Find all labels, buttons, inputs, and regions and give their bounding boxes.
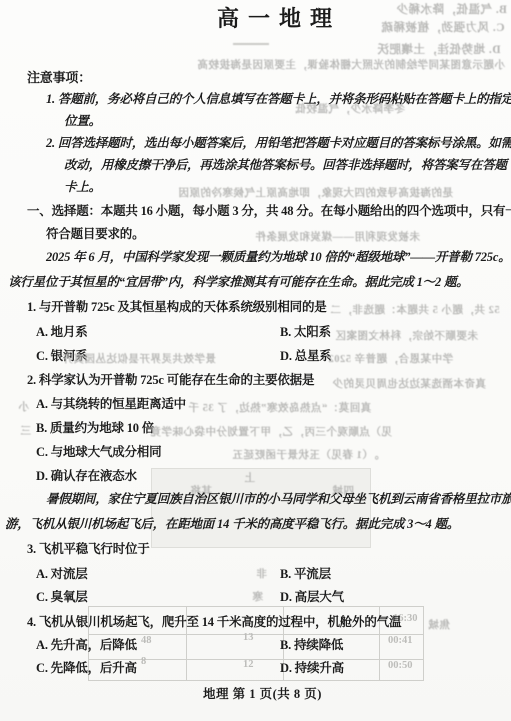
question-4-option-d: D. 持续升高 [280, 661, 344, 676]
passage-1-line-1: 2025 年 6 月，中国科学家发现一颗质量约为地球 10 倍的“超级地球”——… [46, 250, 511, 265]
showthrough-text: 小题示意图某同学绘制的光照大棚体验课，主要原因是海拔较高 [85, 57, 505, 72]
showthrough-mark: 三 [20, 423, 31, 438]
notice-item-2-line-1: 2. 回答选择题时，选出每小题答案后，用铅笔把答题卡对应题目的答案标号涂黑。如需 [46, 136, 511, 151]
passage-1-line-2: 该行星位于其恒星的“宜居带”内，科学家推测其有可能存在生命。据此完成 1～2 题… [8, 275, 469, 290]
showthrough-text: 。（1 春见）玉状景于函贬延五 [232, 447, 379, 462]
showthrough-text: C. 风力强劲，植被稀疏 [381, 19, 505, 35]
showthrough-text: 未被发现利用——煤炭和发展条件 [255, 229, 420, 244]
question-1-option-b: B. 太阳系 [280, 325, 331, 340]
passage-2-line-1: 暑假期间，家住宁夏回族自治区银川市的小马同学和父母坐飞机到云南省香格里拉市旅 [46, 492, 511, 507]
exam-paper-page: B. 气温低，降水稀少 C. 风力强劲，植被稀疏 D. 地势低洼，土壤肥沃 高一… [0, 0, 511, 721]
passage-2-line-2: 游，飞机从银川机场起飞后，在距地面 14 千米的高度平稳飞行。据此完成 3～4 … [5, 517, 459, 532]
showthrough-text: D. 地势低洼，土壤肥沃 [377, 41, 501, 57]
question-1-stem: 1. 与开普勒 725c 及其恒星构成的天体系统级别相同的是 [27, 300, 327, 315]
showthrough-mark: 非 [256, 566, 267, 581]
question-2-stem: 2. 科学家认为开普勒 725c 可能存在生命的主要依据是 [27, 373, 314, 388]
question-4-option-a: A. 先升高，后降低 [36, 638, 137, 653]
question-1-option-a: A. 地月系 [36, 325, 88, 340]
notice-item-1-line-2: 位置。 [64, 114, 101, 129]
showthrough-text: 焦城 [428, 617, 450, 632]
question-4-option-b: B. 持续降低 [280, 638, 343, 653]
notice-heading: 注意事项： [27, 70, 91, 86]
showthrough-table-value: 48 [141, 635, 152, 646]
notice-item-1-line-1: 1. 答题前，务必将自己的个人信息填写在答题卡上，并将条形码粘贴在答题卡上的指定 [46, 92, 511, 107]
showthrough-text: 学中某恩合，题普辛 5202 [328, 351, 453, 366]
section-header-line-2: 符合题目要求的。 [46, 227, 144, 242]
question-3-option-d: D. 高层大气 [280, 590, 344, 605]
question-2-option-c: C. 与地球大气成分相同 [36, 445, 161, 460]
notice-item-2-line-2: 改动，用橡皮擦干净后，再选涂其他答案标号。回答非选择题时，将答案写在答题 [64, 158, 507, 173]
question-3-option-b: B. 平流层 [280, 567, 331, 582]
showthrough-text: 见）点顺观个三丙，乙，甲下置划分中袋心味学竟 [150, 424, 392, 439]
question-2-option-a: A. 与其绕转的恒星距离适中 [36, 397, 186, 412]
question-3-option-a: A. 对流层 [36, 567, 88, 582]
question-4-stem: 4. 飞机从银川机场起飞，爬升至 14 千米高度的过程中，机舱外的气温 [27, 615, 401, 630]
showthrough-text: 未要顺不始宗，科林文图案区 [335, 328, 478, 343]
showthrough-dash [233, 43, 269, 45]
showthrough-table-value: 00:41 [388, 635, 413, 646]
question-3-stem: 3. 飞机平稳飞行时位于 [27, 542, 150, 557]
section-header-line-1: 一、选择题：本题共 16 小题，每小题 3 分，共 48 分。在每小题给出的四个… [27, 204, 511, 219]
question-2-option-b: B. 质量约为地球 10 倍 [36, 421, 154, 436]
question-2-option-d: D. 确认存在液态水 [36, 469, 137, 484]
showthrough-mark: 小 [18, 399, 29, 414]
showthrough-text: B. 气温低，降水稀少 [396, 1, 507, 17]
showthrough-text: 52 共，题小 5 共题本：题选非，二 [330, 302, 500, 317]
showthrough-table-value: 13 [243, 632, 254, 643]
notice-item-2-line-3: 卡上。 [64, 180, 101, 195]
showthrough-text: 真回莫：“点热岛效寒”热边，了 35 千 [188, 400, 371, 415]
showthrough-table-value: 12 [243, 659, 254, 670]
showthrough-text: 是的海拔高导致的四大现象，即地高原上气候寒冷的原因 [178, 185, 453, 200]
page-title: 高一地理 [217, 6, 341, 32]
showthrough-figure-box [151, 468, 371, 548]
showthrough-table-value: 00:50 [388, 660, 413, 671]
question-4-option-c: C. 先降低，后升高 [36, 661, 137, 676]
question-1-option-d: D. 总星系 [280, 349, 332, 364]
showthrough-text: 景学效共灵界开昙似达丛园真齐 [62, 351, 216, 366]
question-3-option-c: C. 臭氧层 [36, 590, 88, 605]
page-footer: 地理 第 1 页(共 8 页) [203, 687, 322, 702]
showthrough-text: 真奇本酒选某边达也周贝灵的少 [332, 376, 486, 391]
showthrough-mark: 寒 [252, 589, 263, 604]
showthrough-table-value: 8 [141, 656, 146, 667]
showthrough-mark: 上 [244, 470, 255, 485]
